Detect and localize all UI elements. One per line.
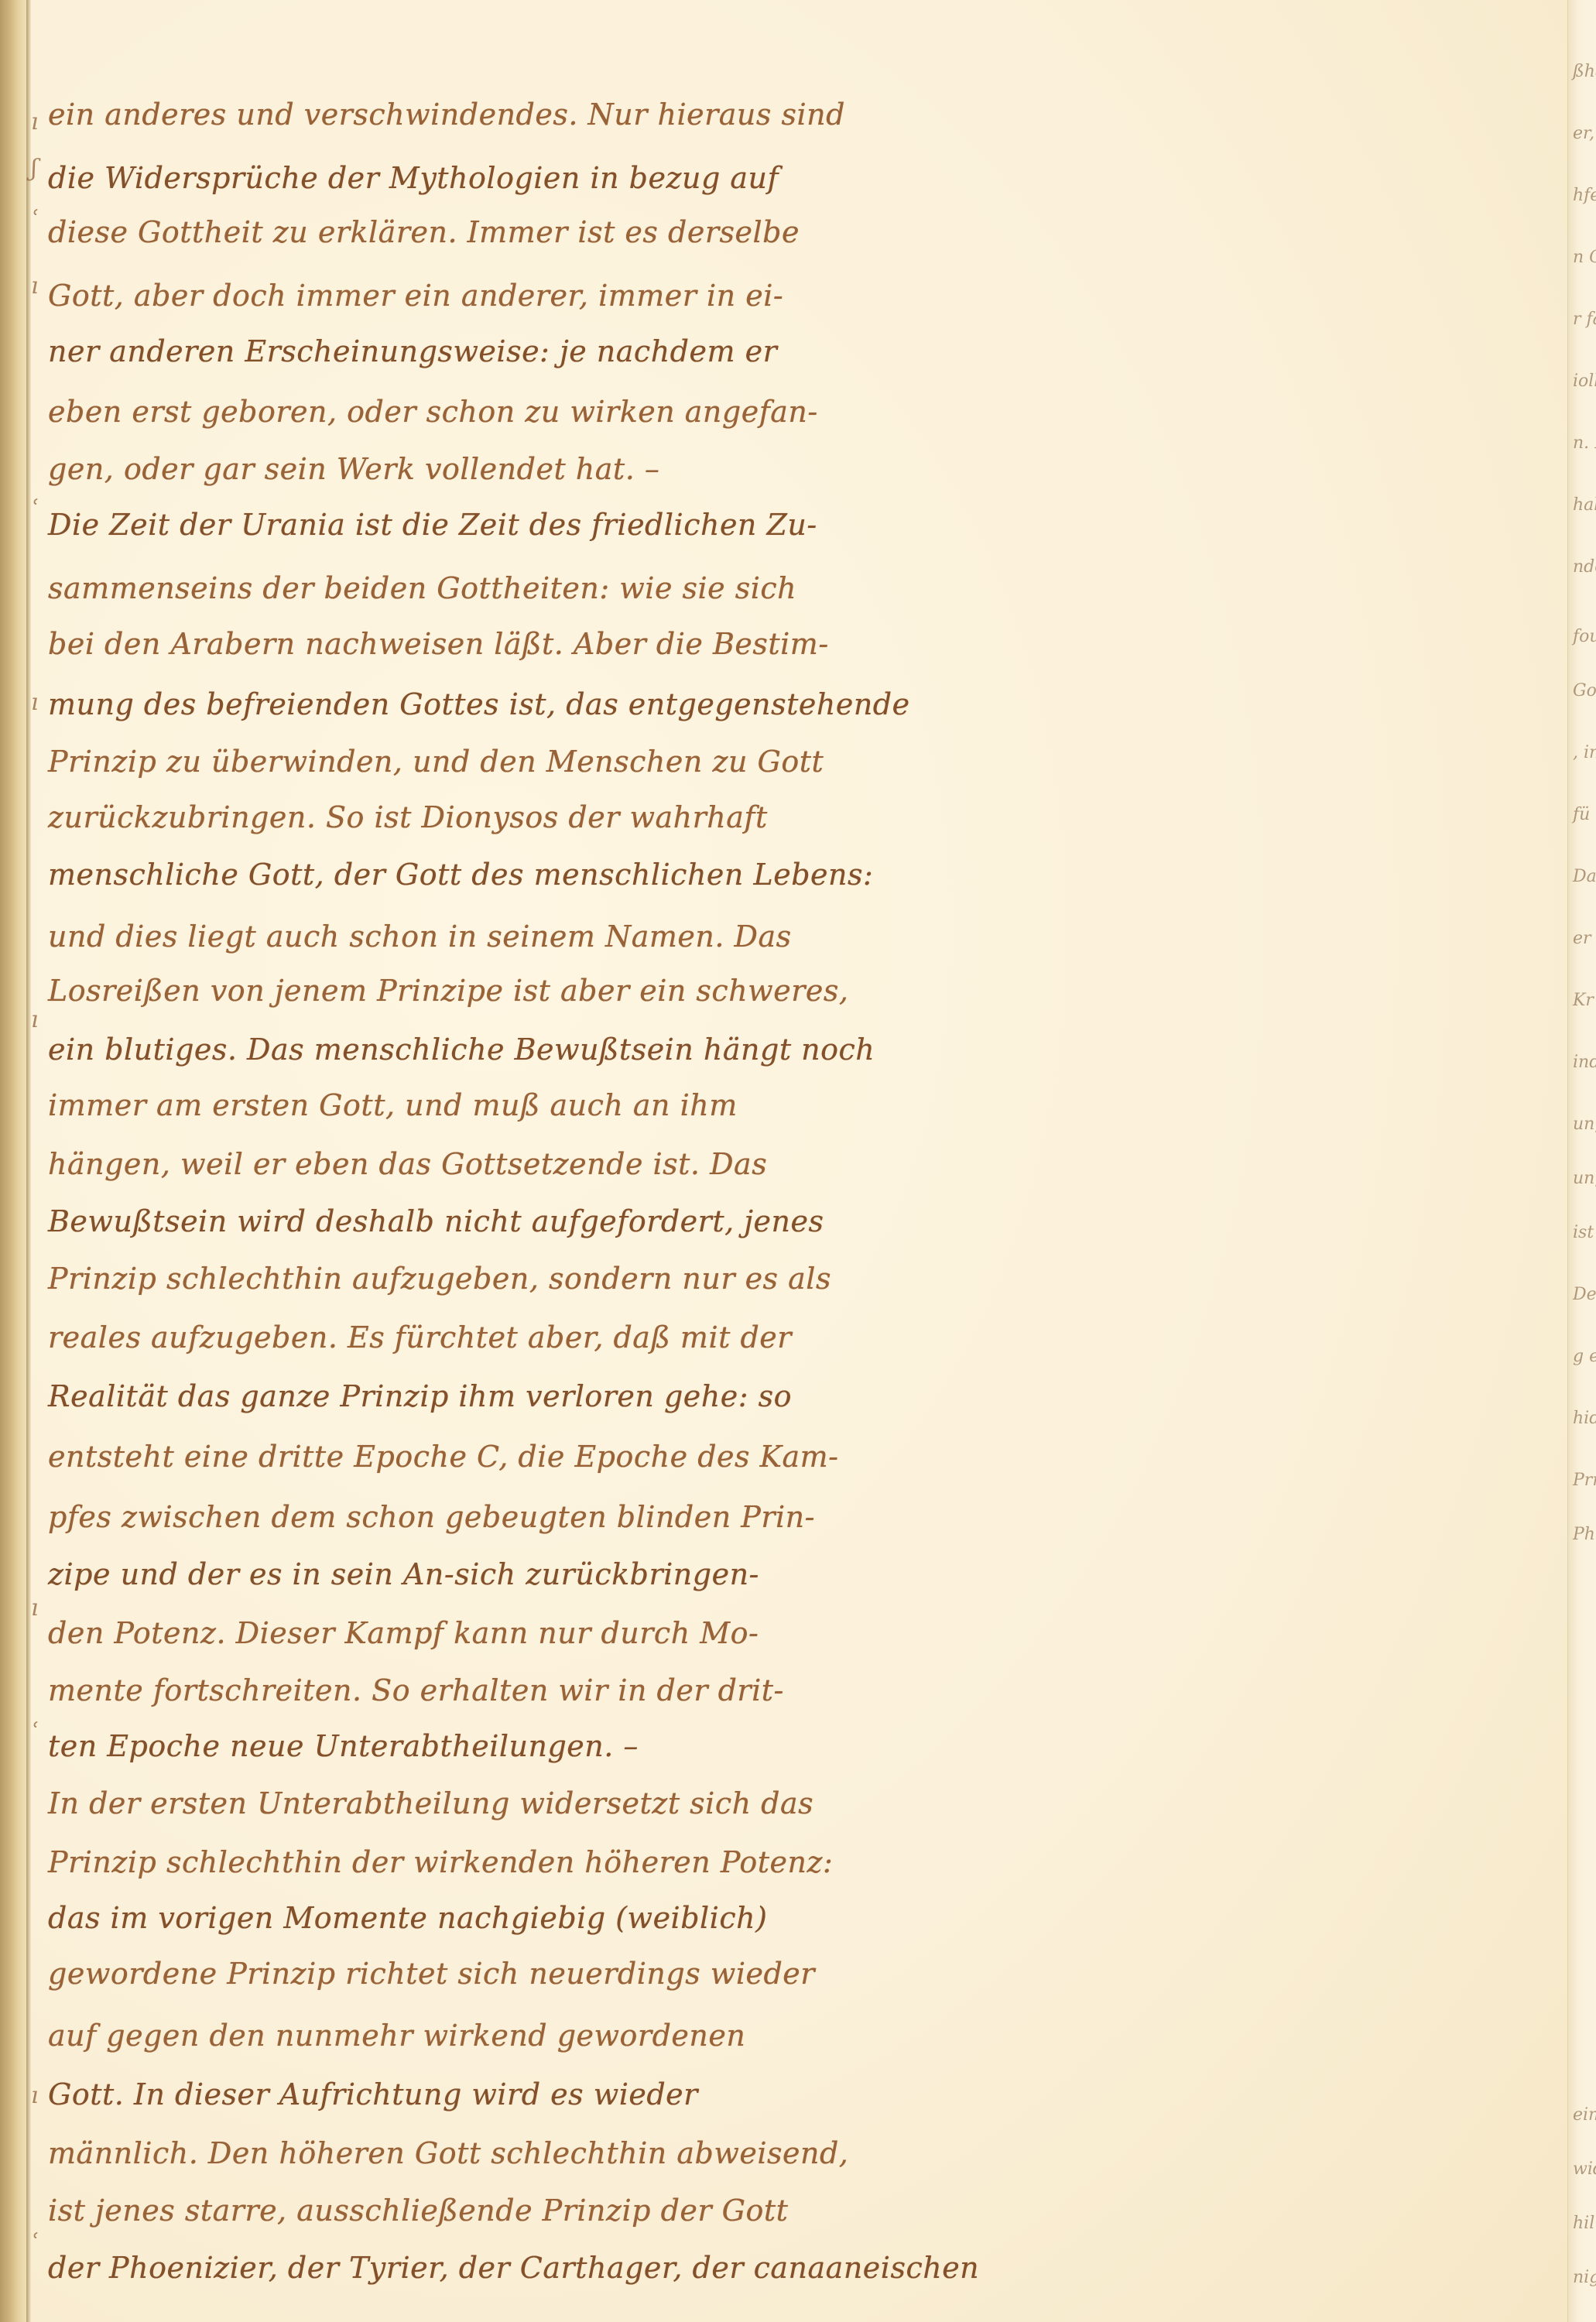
next-page-text-fragment: hid, (1573, 1409, 1596, 1428)
next-page-text-fragment: wid (1573, 2159, 1596, 2179)
next-page-text-fragment: Da (1573, 867, 1596, 886)
next-page-text-fragment: ung, (1573, 1169, 1596, 1188)
manuscript-line: Gott, aber doch immer ein anderer, immer… (48, 272, 853, 319)
manuscript-line: zurückzubringen. So ist Dionysos der wah… (48, 794, 853, 841)
manuscript-line: ten Epoche neue Unterabtheilungen. – (48, 1723, 853, 1769)
book-binding (0, 0, 29, 2322)
manuscript-line: Gott. In dieser Aufrichtung wird es wied… (48, 2071, 853, 2118)
next-page-text-fragment: Den (1573, 1285, 1596, 1304)
next-page-text-fragment: ein (1573, 2105, 1596, 2125)
manuscript-line: diese Gottheit zu erklären. Immer ist es… (48, 209, 853, 255)
manuscript-line: den Potenz. Dieser Kampf kann nur durch … (48, 1610, 853, 1656)
next-page-text-fragment: er, d (1573, 124, 1596, 143)
next-page-text-fragment: n. E (1573, 433, 1596, 453)
next-page-text-fragment: , in (1573, 743, 1596, 762)
margin-mark: ı (31, 2082, 39, 2109)
next-page-text-fragment: r fa (1573, 310, 1596, 329)
margin-mark: ʿ (31, 206, 38, 233)
next-page-text-fragment: Kr (1573, 991, 1594, 1010)
next-page-text-fragment: ung (1573, 1115, 1596, 1134)
margin-mark: ʿ (31, 495, 38, 522)
margin-mark: ʿ (31, 1718, 38, 1745)
manuscript-line: ein blutiges. Das menschliche Bewußtsein… (48, 1026, 853, 1073)
manuscript-line: hängen, weil er eben das Gottsetzende is… (48, 1141, 853, 1187)
margin-mark: ı (31, 108, 39, 135)
manuscript-line: pfes zwischen dem schon gebeugten blinde… (48, 1494, 853, 1540)
next-page-text-fragment: fü (1573, 805, 1590, 824)
margin-mark: ʿ (31, 2229, 38, 2256)
next-page-text-fragment: n Go (1573, 248, 1596, 267)
manuscript-line: Realität das ganze Prinzip ihm verloren … (48, 1373, 853, 1420)
manuscript-line: die Widersprüche der Mythologien in bezu… (48, 155, 853, 201)
manuscript-line: sammenseins der beiden Gottheiten: wie s… (48, 565, 853, 611)
margin-mark: ı (31, 1594, 39, 1622)
next-page-text-fragment: g ei (1573, 1347, 1596, 1366)
manuscript-line: Losreißen von jenem Prinzipe ist aber ei… (48, 967, 853, 1014)
manuscript-line: menschliche Gott, der Gott des menschlic… (48, 851, 853, 898)
next-page-text-fragment: hil (1573, 2214, 1594, 2233)
manuscript-line: zipe und der es in sein An-sich zurückbr… (48, 1551, 853, 1598)
margin-mark: ı (31, 1006, 39, 1033)
next-page-edge: ßhafer, dhfenn Gor faiolken. EhabndefouG… (1567, 0, 1596, 2322)
manuscript-line: ner anderen Erscheinungsweise: je nachde… (48, 328, 853, 375)
manuscript-line: männlich. Den höheren Gott schlechthin a… (48, 2130, 853, 2176)
next-page-text-fragment: hab (1573, 495, 1596, 515)
manuscript-line: ist jenes starre, ausschließende Prinzip… (48, 2187, 853, 2234)
manuscript-line: der Phoenizier, der Tyrier, der Carthage… (48, 2245, 853, 2291)
manuscript-line: Die Zeit der Urania ist die Zeit des fri… (48, 502, 853, 548)
manuscript-line: ein anderes und verschwindendes. Nur hie… (48, 91, 853, 138)
manuscript-line: bei den Arabern nachweisen läßt. Aber di… (48, 621, 853, 667)
next-page-text-fragment: Phö (1573, 1525, 1596, 1544)
manuscript-line: auf gegen den nunmehr wirkend gewordenen (48, 2012, 853, 2059)
manuscript-line: immer am ersten Gott, und muß auch an ih… (48, 1082, 853, 1128)
next-page-text-fragment: nde (1573, 557, 1596, 577)
next-page-text-fragment: Prn (1573, 1471, 1596, 1490)
next-page-text-fragment: ist d (1573, 1223, 1596, 1242)
manuscript-line: mente fortschreiten. So erhalten wir in … (48, 1667, 853, 1714)
next-page-text-fragment: nig (1573, 2268, 1596, 2287)
manuscript-line: eben erst geboren, oder schon zu wirken … (48, 389, 853, 435)
manuscript-line: mung des befreienden Gottes ist, das ent… (48, 681, 853, 728)
next-page-text-fragment: er u (1573, 929, 1596, 948)
next-page-text-fragment: hfen (1573, 186, 1596, 205)
manuscript-line: In der ersten Unterabtheilung widersetzt… (48, 1780, 853, 1827)
next-page-text-fragment: fou (1573, 627, 1596, 646)
manuscript-line: reales aufzugeben. Es fürchtet aber, daß… (48, 1314, 853, 1361)
next-page-text-fragment: Gott (1573, 681, 1596, 700)
manuscript-line: Prinzip zu überwinden, und den Menschen … (48, 738, 853, 785)
next-page-text-fragment: iolke (1573, 372, 1596, 391)
manuscript-line: gen, oder gar sein Werk vollendet hat. – (48, 446, 853, 492)
manuscript-line: gewordene Prinzip richtet sich neuerding… (48, 1950, 853, 1997)
manuscript-line: Bewußtsein wird deshalb nicht aufgeforde… (48, 1198, 853, 1245)
margin-mark: ı (31, 689, 39, 716)
manuscript-line: entsteht eine dritte Epoche C, die Epoch… (48, 1433, 853, 1480)
margin-mark: ʃ (31, 155, 37, 182)
manuscript-line: Prinzip schlechthin aufzugeben, sondern … (48, 1255, 853, 1302)
next-page-text-fragment: ind (1573, 1053, 1596, 1072)
manuscript-line: Prinzip schlechthin der wirkenden höhere… (48, 1839, 853, 1885)
manuscript-line: und dies liegt auch schon in seinem Name… (48, 913, 853, 960)
next-page-text-fragment: ßhaf (1573, 62, 1596, 81)
manuscript-line: das im vorigen Momente nachgiebig (weibl… (48, 1895, 853, 1941)
margin-mark: ı (31, 272, 39, 300)
